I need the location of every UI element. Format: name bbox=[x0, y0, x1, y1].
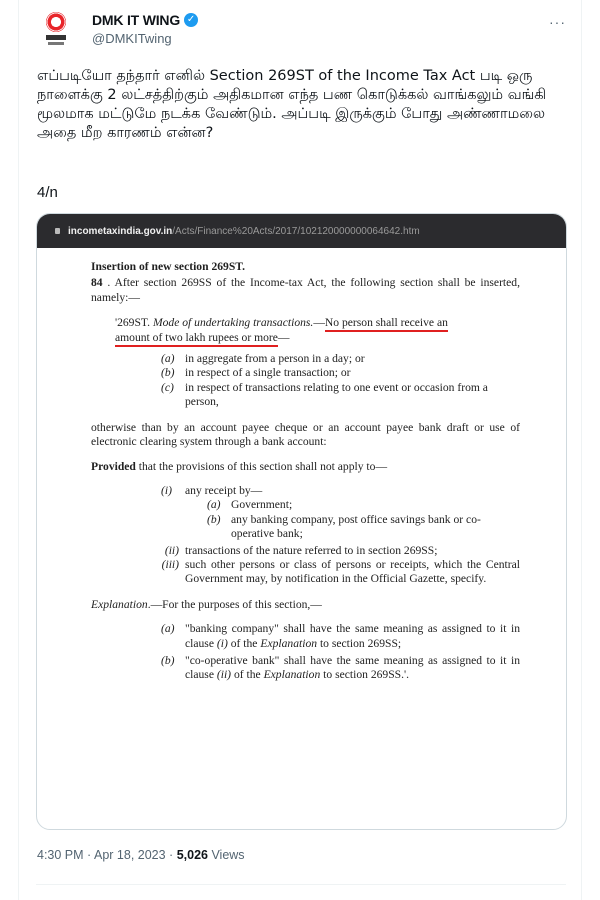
url-path: /Acts/Finance%20Acts/2017/10212000000006… bbox=[172, 226, 419, 237]
section-tail: — bbox=[278, 331, 290, 344]
author-name[interactable]: DMK IT WING bbox=[92, 12, 180, 28]
exception-text: transactions of the nature referred to i… bbox=[185, 544, 437, 558]
tweet-header: DMK IT WING ✓ @DMKITwing ··· bbox=[44, 10, 570, 54]
browser-url-bar: incometaxindia.gov.in/Acts/Finance%20Act… bbox=[37, 214, 566, 248]
clause-text: in respect of a single transaction; or bbox=[185, 366, 350, 380]
explanation-body: "banking company" shall have the same me… bbox=[185, 622, 520, 651]
avatar-label bbox=[46, 35, 66, 40]
highlight-underline-2: amount of two lakh rupees or more bbox=[115, 331, 278, 347]
verified-badge-icon: ✓ bbox=[184, 13, 198, 27]
otherwise-paragraph: otherwise than by an account payee chequ… bbox=[91, 421, 520, 450]
explanation-list: (a)"banking company" shall have the same… bbox=[91, 622, 520, 683]
more-options-icon[interactable]: ··· bbox=[549, 14, 566, 30]
explanation-text-mid: of the bbox=[231, 668, 264, 681]
views-count: 5,026 bbox=[177, 848, 208, 862]
exception-label: (iii) bbox=[153, 558, 185, 587]
clause-label: (a) bbox=[161, 352, 185, 366]
meta-separator: · bbox=[84, 848, 94, 862]
receipt-item: (b)any banking company, post office savi… bbox=[207, 513, 520, 542]
explanation-item: (a)"banking company" shall have the same… bbox=[161, 622, 520, 651]
receipt-text: Government; bbox=[231, 498, 292, 512]
dmk-logo-icon[interactable] bbox=[44, 10, 70, 52]
avatar-sun-mark bbox=[46, 12, 66, 32]
clause-list: (a)in aggregate from a person in a day; … bbox=[91, 352, 520, 410]
clause-label: (b) bbox=[161, 366, 185, 380]
explanation-text-post: to section 269SS; bbox=[317, 637, 401, 650]
explanation-intro: Explanation.—For the purposes of this se… bbox=[91, 598, 520, 612]
receipt-item: (a)Government; bbox=[207, 498, 520, 512]
exception-item: (iii)such other persons or class of pers… bbox=[153, 558, 520, 587]
exception-text: such other persons or class of persons o… bbox=[185, 558, 520, 587]
tweet-meta: 4:30 PM · Apr 18, 2023 · 5,026 Views bbox=[37, 848, 245, 862]
explanation-text-mid: of the bbox=[228, 637, 261, 650]
explanation-label: (a) bbox=[161, 622, 185, 651]
meta-separator: · bbox=[166, 848, 177, 862]
explanation-text-post: to section 269SS.'. bbox=[320, 668, 409, 681]
section-dash: — bbox=[313, 316, 325, 329]
act-document: Insertion of new section 269ST. 84 . Aft… bbox=[37, 248, 566, 683]
explanation-item: (b)"co-operative bank" shall have the sa… bbox=[161, 654, 520, 683]
exception-item: (ii)transactions of the nature referred … bbox=[153, 544, 520, 558]
tweet-date[interactable]: Apr 18, 2023 bbox=[94, 848, 166, 862]
exception-label: (ii) bbox=[153, 544, 185, 558]
doc-paragraph-84: 84 . After section 269SS of the Income-t… bbox=[91, 276, 520, 305]
doc-heading: Insertion of new section 269ST. bbox=[91, 260, 520, 274]
section-title: Mode of undertaking transactions. bbox=[153, 316, 313, 329]
lock-icon bbox=[55, 228, 60, 234]
explanation-italic: Explanation bbox=[91, 598, 148, 611]
exception-text: any receipt by— bbox=[185, 484, 262, 498]
section-269st: '269ST. Mode of undertaking transactions… bbox=[91, 316, 520, 345]
author-handle[interactable]: @DMKITwing bbox=[92, 31, 172, 46]
clause-text: in respect of transactions relating to o… bbox=[185, 381, 520, 410]
proviso-text: that the provisions of this section shal… bbox=[136, 460, 387, 473]
receipt-label: (a) bbox=[207, 498, 231, 512]
proviso-bold: Provided bbox=[91, 460, 136, 473]
tweet-time[interactable]: 4:30 PM bbox=[37, 848, 84, 862]
para-text: . After section 269SS of the Income-tax … bbox=[91, 276, 520, 303]
explanation-text: .—For the purposes of this section,— bbox=[148, 598, 322, 611]
url-text: incometaxindia.gov.in/Acts/Finance%20Act… bbox=[68, 226, 420, 237]
clause-label: (c) bbox=[161, 381, 185, 410]
explanation-italic-ref: Explanation bbox=[264, 668, 321, 681]
explanation-italic-ref: Explanation bbox=[260, 637, 317, 650]
views-label: Views bbox=[208, 848, 245, 862]
clause-item: (a)in aggregate from a person in a day; … bbox=[161, 352, 520, 366]
explanation-clause: (i) bbox=[217, 637, 228, 650]
clause-item: (b)in respect of a single transaction; o… bbox=[161, 366, 520, 380]
divider bbox=[36, 884, 566, 885]
receipt-by-list: (a)Government; (b)any banking company, p… bbox=[91, 498, 520, 541]
receipt-text: any banking company, post office savings… bbox=[231, 513, 520, 542]
clause-text: in aggregate from a person in a day; or bbox=[185, 352, 365, 366]
explanation-body: "co-operative bank" shall have the same … bbox=[185, 654, 520, 683]
proviso: Provided that the provisions of this sec… bbox=[91, 460, 520, 474]
avatar-sublabel bbox=[48, 42, 64, 45]
section-lead: '269ST. bbox=[115, 316, 153, 329]
exception-list: (i)any receipt by— bbox=[91, 484, 520, 498]
clause-item: (c)in respect of transactions relating t… bbox=[161, 381, 520, 410]
exception-label: (i) bbox=[161, 484, 185, 498]
url-host: incometaxindia.gov.in bbox=[68, 226, 172, 237]
highlight-underline-1: No person shall receive an bbox=[325, 316, 448, 332]
explanation-label: (b) bbox=[161, 654, 185, 683]
receipt-label: (b) bbox=[207, 513, 231, 542]
exception-item: (i)any receipt by— bbox=[161, 484, 520, 498]
attached-screenshot[interactable]: incometaxindia.gov.in/Acts/Finance%20Act… bbox=[36, 213, 567, 830]
para-number: 84 bbox=[91, 276, 103, 289]
exception-list-continued: (ii)transactions of the nature referred … bbox=[91, 544, 520, 587]
author-name-row: DMK IT WING ✓ bbox=[92, 12, 198, 28]
thread-marker: 4/n bbox=[37, 184, 58, 201]
tweet-text: எப்படியோ தந்தார் எனில் Section 269ST of … bbox=[37, 67, 557, 143]
explanation-clause: (ii) bbox=[217, 668, 231, 681]
